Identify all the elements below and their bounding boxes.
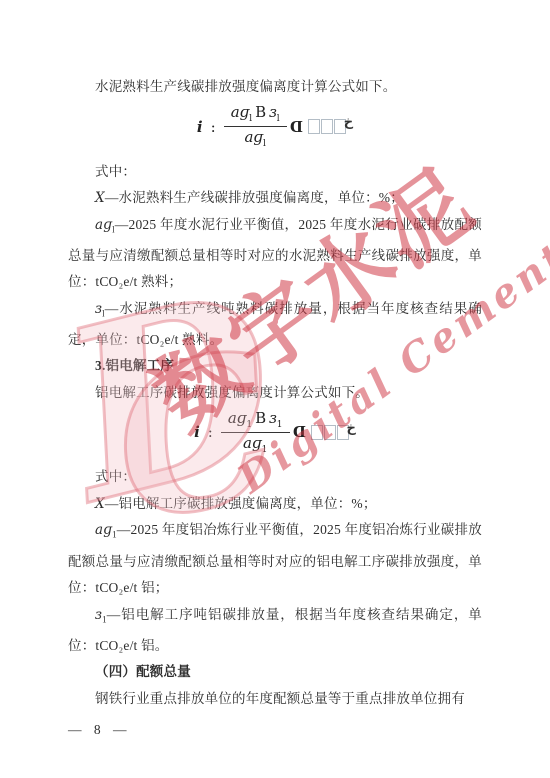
numerator-ag-subscript: 1: [246, 420, 252, 430]
formula-colon: :: [208, 423, 213, 441]
mirrored-d-glyph: D: [293, 423, 306, 441]
denominator-ag-symbol: aɡ: [243, 434, 262, 452]
denominator-ag-symbol: aɡ: [244, 128, 263, 146]
missing-glyph-boxes: [308, 119, 347, 134]
def-text: —铝电解工序吨铝碳排放量，根据当年度核查结果确定，单位：tCO₂e/t 铝。: [68, 607, 482, 653]
def-symbol-ag: aɡ: [95, 522, 112, 538]
def-text: —水泥熟料生产线碳排放强度偏离度，单位：%；: [105, 190, 404, 205]
numerator-ag-subscript: l: [249, 114, 252, 124]
aluminum-def-ag: aɡ1—2025 年度铝冶炼行业平衡值，2025 年度铝冶炼行业碳排放配额总量与…: [68, 517, 482, 601]
formula-fraction: aɡlΒɜl aɡl: [224, 104, 287, 150]
def-text: —2025 年度铝冶炼行业平衡值，2025 年度铝冶炼行业碳排放配额总量与应清缴…: [68, 522, 482, 595]
def-text: —铝电解工序碳排放强度偏离度，单位：%；: [105, 496, 377, 511]
cement-where-label: 式中：: [68, 159, 482, 186]
arabic-mark-glyph: خ: [347, 421, 356, 436]
numerator-epsilon-subscript: 1: [277, 420, 283, 430]
quota-body-paragraph: 钢铁行业重点排放单位的年度配额总量等于重点排放单位拥有: [68, 686, 482, 713]
fraction-denominator: aɡ1: [243, 433, 267, 455]
aluminum-formula: i : aɡ1Βɜ1 aɡ1 D خ: [68, 409, 482, 455]
def-symbol-ag: aɡ: [95, 217, 112, 233]
aluminum-def-x: X—铝电解工序碳排放强度偏离度，单位：%；: [68, 491, 482, 518]
fraction-numerator: aɡlΒɜl: [224, 104, 287, 127]
def-symbol-x: X: [95, 190, 105, 206]
def-text: —2025 年度水泥行业平衡值，2025 年度水泥行业碳排放配额总量与应清缴配额…: [68, 217, 482, 290]
numerator-epsilon-subscript: l: [277, 114, 280, 124]
numerator-beta-symbol: Β: [255, 409, 266, 427]
numerator-beta-symbol: Β: [255, 103, 266, 121]
document-page: D C 数字水泥 Digital Cement 水泥熟料生产线碳排放强度偏离度计…: [0, 0, 550, 778]
formula-fraction: aɡ1Βɜ1 aɡ1: [221, 410, 290, 456]
def-text: —水泥熟料生产线吨熟料碳排放量，根据当年度核查结果确定，单位：tCO₂e/t 熟…: [68, 301, 482, 347]
page-number: — 8 —: [68, 717, 482, 744]
aluminum-def-eps: ɜ1—铝电解工序吨铝碳排放量，根据当年度核查结果确定，单位：tCO₂e/t 铝。: [68, 602, 482, 660]
cement-def-ag: aɡl—2025 年度水泥行业平衡值，2025 年度水泥行业碳排放配额总量与应清…: [68, 212, 482, 296]
page-content: 水泥熟料生产线碳排放强度偏离度计算公式如下。 i : aɡlΒɜl aɡl D …: [68, 74, 482, 744]
aluminum-heading: 3.铝电解工序: [68, 353, 482, 380]
formula-lhs-symbol: i: [194, 423, 200, 441]
numerator-ag-symbol: aɡ: [228, 409, 247, 427]
missing-glyph-boxes: [311, 425, 350, 440]
formula-colon: :: [211, 118, 216, 136]
aluminum-where-label: 式中：: [68, 464, 482, 491]
def-symbol-x: X: [95, 496, 105, 512]
cement-formula: i : aɡlΒɜl aɡl D خ: [68, 104, 482, 150]
fraction-denominator: aɡl: [244, 127, 265, 149]
denominator-ag-subscript: 1: [262, 445, 268, 455]
cement-def-x: X—水泥熟料生产线碳排放强度偏离度，单位：%；: [68, 185, 482, 212]
arabic-mark-glyph: خ: [344, 115, 353, 130]
cement-def-eps: ɜl—水泥熟料生产线吨熟料碳排放量，根据当年度核查结果确定，单位：tCO₂e/t…: [68, 296, 482, 354]
cement-intro-paragraph: 水泥熟料生产线碳排放强度偏离度计算公式如下。: [68, 74, 482, 101]
formula-lhs-symbol: i: [197, 118, 203, 136]
aluminum-intro-paragraph: 铝电解工序碳排放强度偏离度计算公式如下。: [68, 380, 482, 407]
numerator-ag-symbol: aɡ: [231, 103, 250, 121]
numerator-epsilon-symbol: ɜ: [269, 409, 277, 427]
denominator-ag-subscript: l: [263, 139, 266, 149]
fraction-numerator: aɡ1Βɜ1: [221, 410, 290, 433]
mirrored-d-glyph: D: [290, 118, 303, 136]
numerator-epsilon-symbol: ɜ: [269, 103, 277, 121]
quota-heading: （四）配额总量: [68, 659, 482, 686]
